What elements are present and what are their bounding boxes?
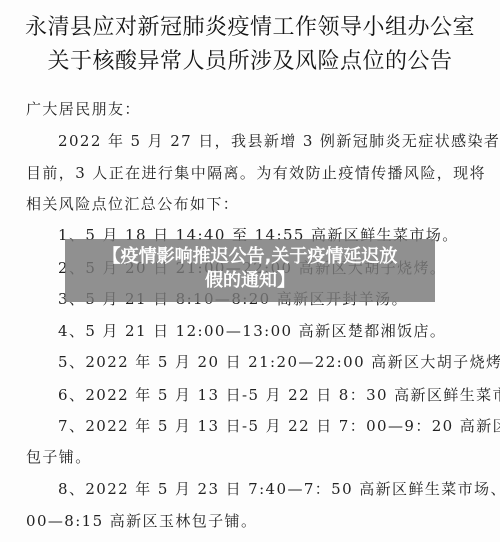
list-item-continuation: 包子铺。 bbox=[26, 446, 92, 467]
salutation: 广大居民朋友： bbox=[26, 98, 141, 119]
list-item: 6、2022 年 5 月 13 日-5 月 22 日 8：30 高新区鲜生菜市场 bbox=[58, 384, 500, 405]
list-item: 5、2022 年 5 月 20 日 21:20—22:00 高新区大胡子烧烤。 bbox=[58, 351, 500, 372]
document-title-line2: 关于核酸异常人员所涉及风险点位的公告 bbox=[0, 44, 500, 75]
document-title-line1: 永清县应对新冠肺炎疫情工作领导小组办公室 bbox=[0, 10, 500, 41]
list-item: 8、2022 年 5 月 23 日 7:40—7：50 高新区鲜生菜市场、8： bbox=[58, 478, 500, 499]
headline-overlay-banner: 【疫情影响推迟公告,关于疫情延迟放 假的通知】 bbox=[65, 239, 435, 302]
list-item-continuation: 00—8:15 高新区玉林包子铺。 bbox=[26, 510, 257, 531]
overlay-headline-line1: 【疫情影响推迟公告,关于疫情延迟放 bbox=[65, 245, 435, 269]
list-item: 4、5 月 21 日 12:00—13:00 高新区楚都湘饭店。 bbox=[58, 320, 446, 341]
intro-line: 相关风险点位汇总公布如下： bbox=[26, 193, 239, 214]
intro-line: 2022 年 5 月 27 日，我县新增 3 例新冠肺炎无症状感染者。 bbox=[58, 130, 500, 151]
intro-line: 目前，3 人正在进行集中隔离。为有效防止疫情传播风险，现将 bbox=[26, 162, 486, 183]
list-item: 7、2022 年 5 月 13 日-5 月 22 日 7：00—9：20 高新区… bbox=[58, 415, 500, 436]
overlay-headline-line2: 假的通知】 bbox=[65, 269, 435, 293]
